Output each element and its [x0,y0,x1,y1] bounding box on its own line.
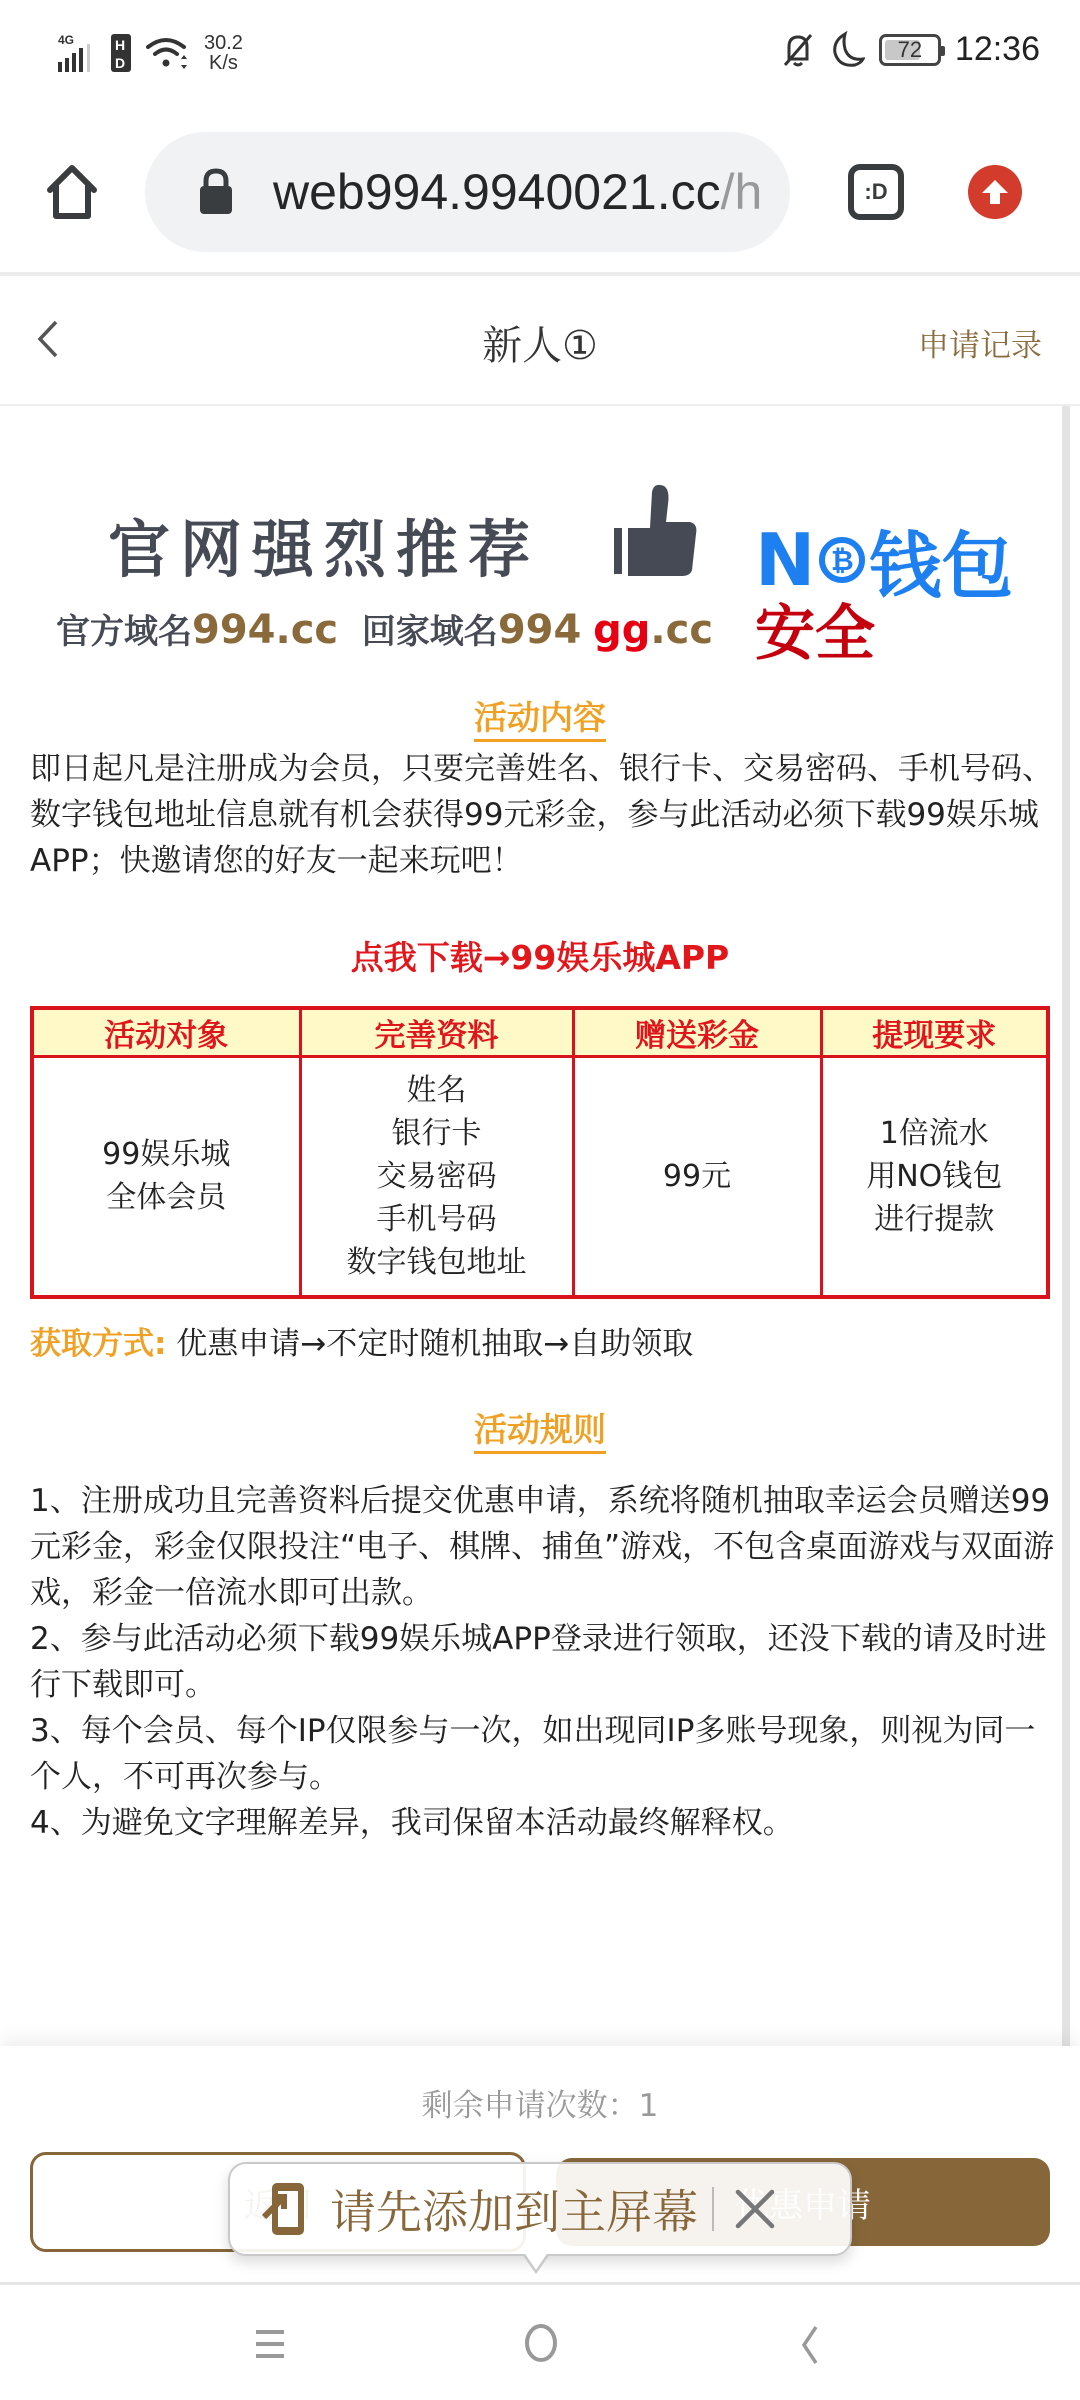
svg-text:4G: 4G [58,33,74,47]
popup-pointer [522,2254,550,2274]
status-bar: 4G H D 30.2 K/s [0,0,1080,100]
recent-apps-icon[interactable] [254,2327,286,2361]
table-header: 赠送彩金 [573,1008,821,1057]
popup-text: 请先添加到主屏幕 [330,2176,698,2242]
wifi-icon [146,35,190,71]
hd-icon: H D [110,33,132,73]
signal-icon: 4G [56,32,96,74]
network-speed: 30.2 K/s [204,33,243,73]
tab-switch-icon: :D [864,179,887,205]
divider [712,2187,714,2231]
content-section-title: 活动内容 [0,692,1080,739]
promo-banner: 官网强烈推荐 官方域名994.cc 回家域名994 gg.cc N₿钱包 安全 [50,474,1030,664]
browser-toolbar: web994.9940021.cc/h :D [0,100,1080,276]
lock-icon [197,168,235,216]
back-icon[interactable] [800,2323,820,2367]
battery-icon: 72 [879,34,941,66]
table-header: 活动对象 [32,1008,300,1057]
download-app-link[interactable]: 点我下载→99娱乐城APP [0,932,1080,979]
cell-target: 99娱乐城 全体会员 [32,1057,300,1297]
svg-text:H: H [115,37,125,53]
svg-text:D: D [115,55,125,71]
table-header: 完善资料 [300,1008,573,1057]
banner-headline: 官网强烈推荐 [108,500,540,589]
mute-bell-icon [781,31,815,69]
url-text[interactable]: web994.9940021.cc/h [273,163,763,221]
system-nav-bar [0,2282,1080,2400]
add-to-home-popup[interactable]: 请先添加到主屏幕 [228,2162,852,2256]
clock: 12:36 [955,30,1040,69]
table-header: 提现要求 [821,1008,1048,1057]
promo-content[interactable]: 官网强烈推荐 官方域名994.cc 回家域名994 gg.cc N₿钱包 安全 … [0,406,1080,2046]
get-method: 获取方式: 优惠申请→不定时随机抽取→自助领取 [30,1318,693,1363]
rules-list: 1、注册成功且完善资料后提交优惠申请，系统将随机抽取幸运会员赠送99元彩金，彩金… [30,1478,1055,1846]
cell-bonus: 99元 [573,1057,821,1297]
home-circle-icon[interactable] [524,2323,558,2363]
safe-label: 安全 [755,586,875,672]
content-paragraph: 即日起凡是注册成为会员，只要完善姓名、银行卡、交易密码、手机号码、数字钱包地址信… [30,746,1055,884]
moon-icon [829,31,865,69]
scrollbar[interactable] [1062,406,1070,2046]
upgrade-arrow-icon [980,177,1010,207]
home-icon[interactable] [42,162,102,222]
get-method-value: 优惠申请→不定时随机抽取→自助领取 [176,1326,693,1362]
get-method-label: 获取方式: [30,1326,166,1362]
close-icon[interactable] [730,2184,780,2234]
rules-section-title: 活动规则 [0,1404,1080,1451]
cell-withdraw: 1倍流水 用NO钱包 进行提款 [821,1057,1048,1297]
application-record-link[interactable]: 申请记录 [918,320,1042,365]
upgrade-button[interactable] [968,165,1022,219]
promo-table: 活动对象 完善资料 赠送彩金 提现要求 99娱乐城 全体会员 姓名 银行卡 交易… [30,1006,1050,1299]
rule-item: 4、为避免文字理解差异，我司保留本活动最终解释权。 [30,1800,1055,1846]
rule-item: 3、每个会员、每个IP仅限参与一次，如出现同IP多账号现象，则视为同一个人，不可… [30,1708,1055,1800]
page-header: 新人① 申请记录 [0,276,1080,406]
banner-domains: 官方域名994.cc 回家域名994 gg.cc [56,604,713,653]
thumbs-up-icon [610,482,700,582]
remaining-count: 剩余申请次数：1 [0,2080,1080,2125]
address-bar[interactable]: web994.9940021.cc/h [145,132,790,252]
rule-item: 1、注册成功且完善资料后提交优惠申请，系统将随机抽取幸运会员赠送99元彩金，彩金… [30,1478,1055,1616]
cell-materials: 姓名 银行卡 交易密码 手机号码 数字钱包地址 [300,1057,573,1297]
add-to-home-icon [262,2181,306,2237]
table-row: 99娱乐城 全体会员 姓名 银行卡 交易密码 手机号码 数字钱包地址 99元 1… [32,1057,1048,1297]
bitcoin-icon: ₿ [819,537,865,583]
rule-item: 2、参与此活动必须下载99娱乐城APP登录进行领取，还没下载的请及时进行下载即可… [30,1616,1055,1708]
tab-switch-button[interactable]: :D [848,164,904,220]
